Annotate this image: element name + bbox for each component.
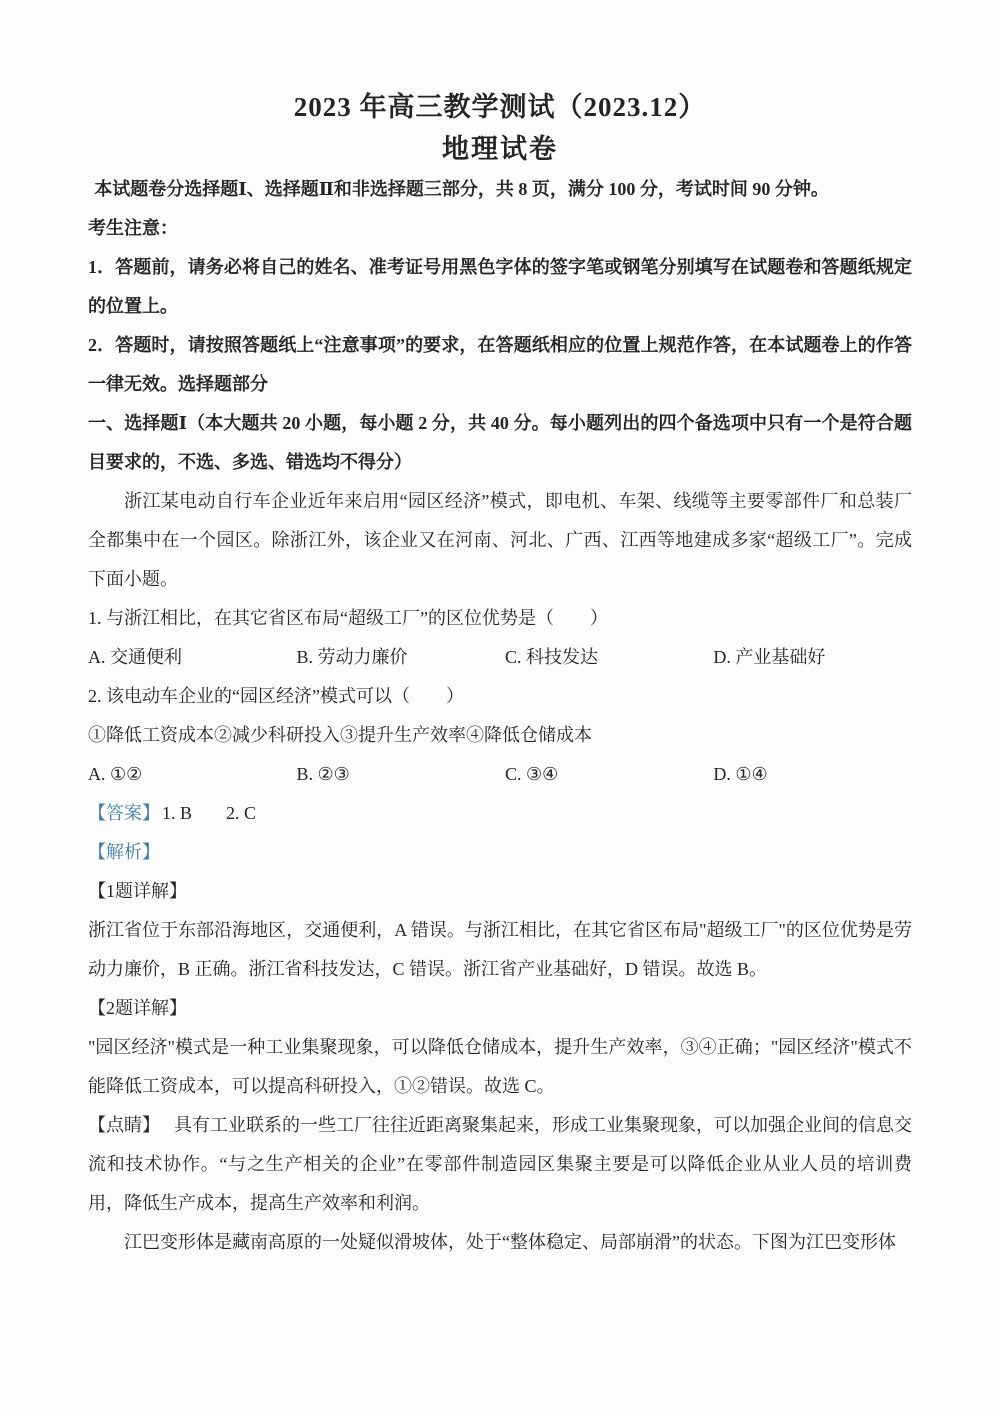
exam-paper-page: 2023 年高三教学测试（2023.12） 地理试卷 本试题卷分选择题Ⅰ、选择题… [0,0,1000,1414]
question-1-stem: 1. 与浙江相比，在其它省区布局“超级工厂”的区位优势是（ ） [88,599,912,638]
notice-item-2: 2．答题时，请按照答题纸上“注意事项”的要求，在答题纸相应的位置上规范作答，在本… [88,326,912,404]
question-1-option-d: D. 产业基础好 [713,638,912,677]
detail-2-label: 【2题详解】 [88,989,912,1028]
question-2-stem: 2. 该电动车企业的“园区经济”模式可以（ ） [88,677,912,716]
tip-text: 具有工业联系的一些工厂往往近距离聚集起来，形成工业集聚现象，可以加强企业间的信息… [88,1115,912,1213]
exam-subtitle: 地理试卷 [88,128,912,170]
question-1-option-c: C. 科技发达 [505,638,713,677]
tip-paragraph: 【点睛】具有工业联系的一些工厂往往近距离聚集起来，形成工业集聚现象，可以加强企业… [88,1106,912,1223]
question-2-options: A. ①② B. ②③ C. ③④ D. ①④ [88,755,912,794]
passage-2: 江巴变形体是藏南高原的一处疑似滑坡体，处于“整体稳定、局部崩滑”的状态。下图为江… [88,1223,912,1262]
answer-q2: 2. C [226,803,256,823]
question-2-items: ①降低工资成本②减少科研投入③提升生产效率④降低仓储成本 [88,716,912,755]
question-2-option-a: A. ①② [88,755,296,794]
tip-label: 【点睛】 [88,1115,160,1135]
analysis-label: 【解析】 [88,833,912,872]
question-1-options: A. 交通便利 B. 劳动力廉价 C. 科技发达 D. 产业基础好 [88,638,912,677]
detail-2-text: "园区经济"模式是一种工业集聚现象，可以降低仓储成本，提升生产效率，③④正确；"… [88,1028,912,1106]
detail-1-text: 浙江省位于东部沿海地区，交通便利，A 错误。与浙江相比，在其它省区布局"超级工厂… [88,911,912,989]
section1-heading: 一、选择题Ⅰ（本大题共 20 小题，每小题 2 分，共 40 分。每小题列出的四… [88,404,912,482]
question-2-option-b: B. ②③ [296,755,504,794]
answer-line: 【答案】1. B2. C [88,794,912,833]
question-2-option-c: C. ③④ [505,755,713,794]
question-1-option-b: B. 劳动力廉价 [296,638,504,677]
answer-label: 【答案】 [88,803,160,823]
exam-title: 2023 年高三教学测试（2023.12） [88,86,912,128]
detail-1-label: 【1题详解】 [88,872,912,911]
notice-item-1: 1．答题前，请务必将自己的姓名、准考证号用黑色字体的签字笔或钢笔分别填写在试题卷… [88,248,912,326]
notice-heading: 考生注意： [88,209,912,248]
question-2-option-d: D. ①④ [713,755,912,794]
answer-q1: 1. B [162,803,192,823]
question-1-option-a: A. 交通便利 [88,638,296,677]
passage-1: 浙江某电动自行车企业近年来启用“园区经济”模式，即电机、车架、线缆等主要零部件厂… [88,482,912,599]
exam-intro: 本试题卷分选择题Ⅰ、选择题Ⅱ和非选择题三部分，共 8 页，满分 100 分，考试… [88,170,912,209]
